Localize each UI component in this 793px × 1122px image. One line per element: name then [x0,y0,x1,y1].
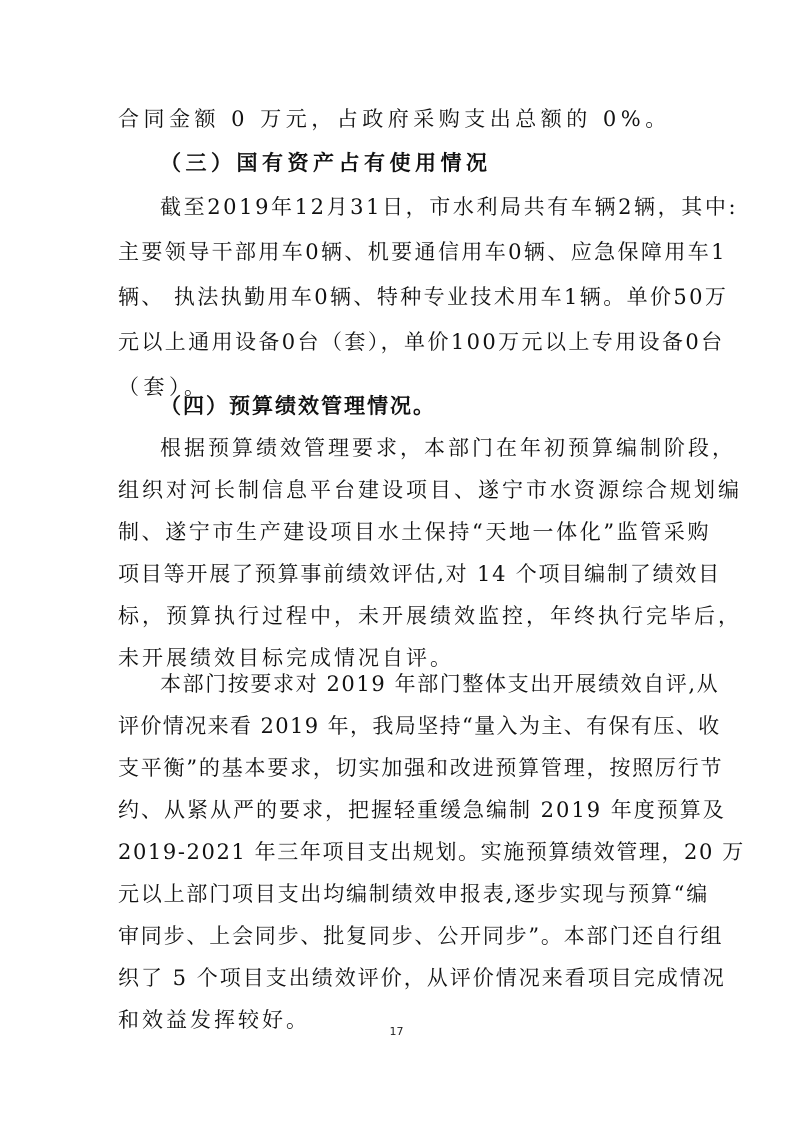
body-text-line: 支平衡”的基本要求，切实加强和改进预算管理，按照厉行节 [118,753,723,783]
body-text-line: 辆、 执法执勤用车0辆、特种专业技术用车1辆。单价50万 [118,282,728,312]
body-text-line: 元以上部门项目支出均编制绩效申报表,逐步实现与预算“编 [118,879,709,909]
body-text-line: 织了 5 个项目支出绩效评价，从评价情况来看项目完成情况 [118,963,726,993]
body-text-line: 审同步、上会同步、批复同步、公开同步”。本部门还自行组 [118,921,723,951]
body-text-line: 截至2019年12月31日，市水利局共有车辆2辆，其中: [160,192,738,222]
body-text-line: 标，预算执行过程中，未开展绩效监控，年终执行完毕后， [118,601,742,631]
body-text-line: 组织对河长制信息平台建设项目、遂宁市水资源综合规划编 [118,475,742,505]
page-number: 17 [0,1025,793,1038]
body-text-line: 约、从紧从严的要求，把握轻重缓急编制 2019 年度预算及 [118,795,726,825]
body-text-line: 制、遂宁市生产建设项目水土保持“天地一体化”监管采购 [118,517,711,547]
body-text-line: 合同金额 0 万元，占政府采购支出总额的 0%。 [118,104,671,134]
body-text-line: 2019-2021 年三年项目支出规划。实施预算绩效管理，20 万 [118,837,745,867]
section-heading-3: （三）国有资产占有使用情况 [160,148,492,178]
body-text-line: 主要领导干部用车0辆、机要通信用车0辆、应急保障用车1 [118,237,727,267]
body-text-line: 评价情况来看 2019 年，我局坚持“量入为主、有保有压、收 [118,711,721,741]
body-text-line: 本部门按要求对 2019 年部门整体支出开展绩效自评,从 [160,669,719,699]
body-text-line: 元以上通用设备0台（套），单价100万元以上专用设备0台 [118,327,725,357]
body-text-line: 根据预算绩效管理要求，本部门在年初预算编制阶段， [160,433,736,463]
section-heading-4: （四）预算绩效管理情况。 [160,391,436,421]
body-text-line: 项目等开展了预算事前绩效评估,对 14 个项目编制了绩效目 [118,559,721,589]
